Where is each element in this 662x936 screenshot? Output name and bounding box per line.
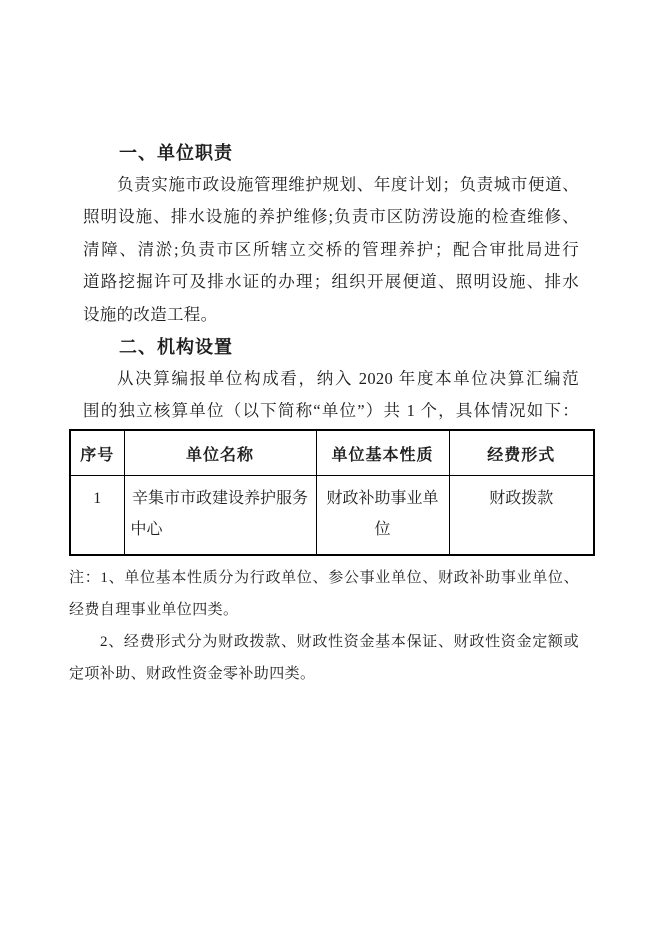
paragraph-line: 清障、清淤;负责市区所辖立交桥的管理养护；配合审批局进行 (83, 234, 579, 266)
note-line: 2、经费形式分为财政拨款、财政性资金基本保证、财政性资金定额或 (69, 626, 579, 658)
unit-seq-cell: 1 (70, 476, 124, 556)
table-header-seq: 序号 (70, 430, 124, 476)
units-table: 序号 单位名称 单位基本性质 经费形式 1 辛集市市政建设养护服务中心 财政补助… (69, 429, 595, 557)
section-1-paragraph: 负责实施市政设施管理维护规划、年度计划；负责城市便道、 照明设施、排水设施的养护… (83, 169, 579, 331)
notes-block: 注：1、单位基本性质分为行政单位、参公事业单位、财政补助事业单位、 经费自理事业… (69, 562, 579, 690)
paragraph-line: 照明设施、排水设施的养护维修;负责市区防涝设施的检查维修、 (83, 201, 579, 233)
section-2-paragraph: 从决算编报单位构成看，纳入 2020 年度本单位决算汇编范 围的独立核算单位（以… (83, 363, 579, 428)
table-header-row: 序号 单位名称 单位基本性质 经费形式 (70, 430, 594, 476)
section-1-heading: 一、单位职责 (83, 137, 579, 169)
paragraph-line: 从决算编报单位构成看，纳入 2020 年度本单位决算汇编范 (83, 363, 579, 395)
paragraph-line: 负责实施市政设施管理维护规划、年度计划；负责城市便道、 (83, 169, 579, 201)
paragraph-line: 围的独立核算单位（以下简称“单位”）共 1 个，具体情况如下： (83, 395, 579, 427)
paragraph-line: 设施的改造工程。 (83, 299, 579, 331)
document-page: { "colors": { "background": "#ffffff", "… (0, 0, 662, 936)
table-row: 1 辛集市市政建设养护服务中心 财政补助事业单位 财政拨款 (70, 476, 594, 556)
table-header-funding: 经费形式 (449, 430, 594, 476)
note-line: 定项补助、财政性资金零补助四类。 (69, 658, 579, 690)
unit-funding-cell: 财政拨款 (449, 476, 594, 556)
document-content: 一、单位职责 负责实施市政设施管理维护规划、年度计划；负责城市便道、 照明设施、… (69, 137, 593, 690)
unit-nature-cell: 财政补助事业单位 (316, 476, 449, 556)
note-line: 经费自理事业单位四类。 (69, 594, 579, 626)
paragraph-line: 道路挖掘许可及排水证的办理；组织开展便道、照明设施、排水 (83, 266, 579, 298)
table-header-name: 单位名称 (124, 430, 316, 476)
note-line: 注：1、单位基本性质分为行政单位、参公事业单位、财政补助事业单位、 (69, 562, 579, 594)
unit-name-cell: 辛集市市政建设养护服务中心 (124, 476, 316, 556)
table-header-nature: 单位基本性质 (316, 430, 449, 476)
section-2-heading: 二、机构设置 (83, 331, 579, 363)
